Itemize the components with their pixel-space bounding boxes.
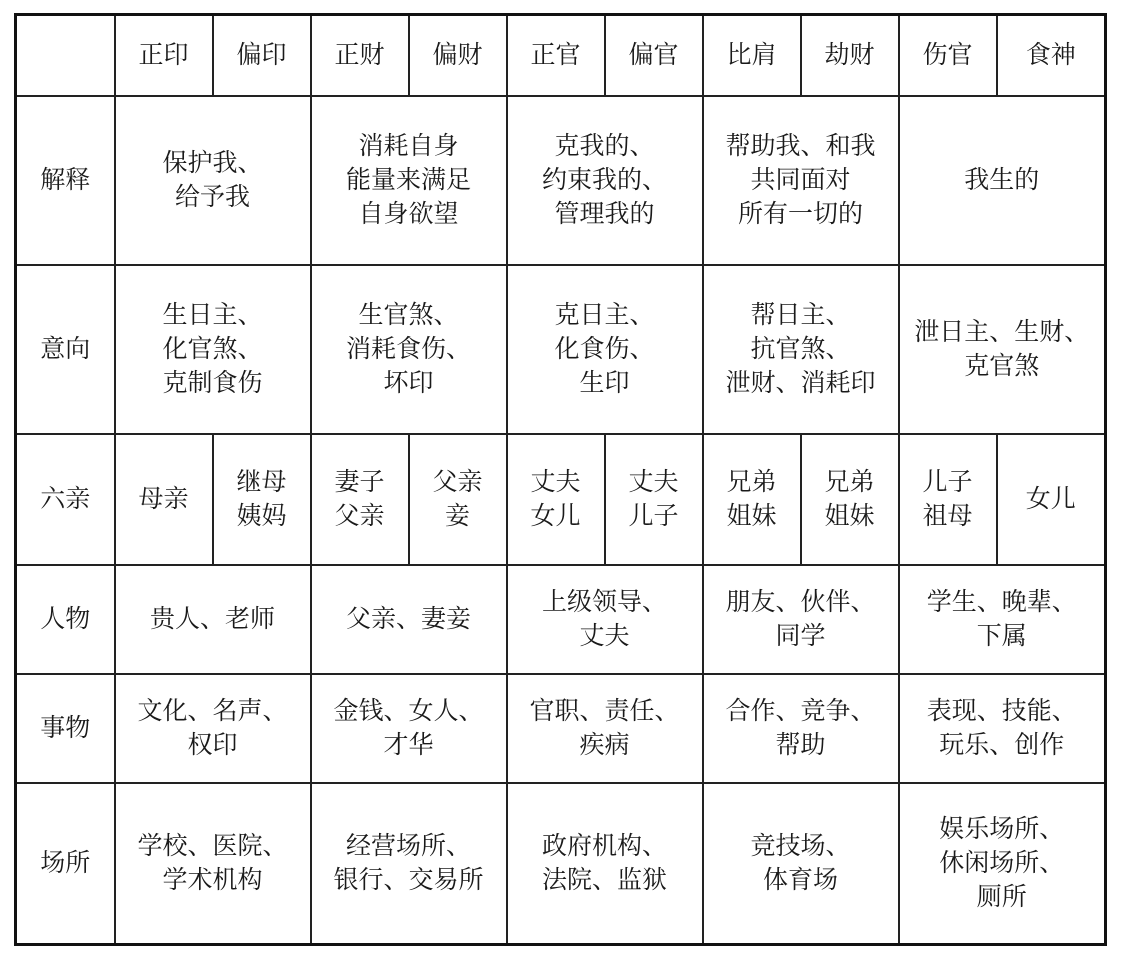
cell-guan: 官职、责任、疾病 [507,674,703,783]
cell-guan: 上级领导、丈夫 [507,565,703,674]
cell-text: 兄弟 [802,465,898,499]
cell-guan: 克我的、 约束我的、 管理我的 [507,96,703,265]
cell-text: 文化、名声、 [116,694,310,728]
cell-text: 化官煞、 [116,332,310,366]
header-shangguan: 伤官 [899,15,997,96]
cell-cai: 父亲、妻妾 [311,565,507,674]
cell-pianguan: 丈夫儿子 [605,434,703,565]
ten-gods-table: 正印 偏印 正财 偏财 正官 偏官 比肩 劫财 伤官 食神 解释 保护我、 给予… [14,13,1107,946]
cell-text: 上级领导、 [508,585,702,619]
cell-zhengcai: 妻子父亲 [311,434,409,565]
cell-text: 女儿 [998,482,1105,516]
cell-text: 竞技场、 [704,829,898,863]
cell-text: 化食伤、 [508,332,702,366]
header-zhengcai: 正财 [311,15,409,96]
cell-text: 娱乐场所、 [900,812,1105,846]
row-intention: 意向 生日主、 化官煞、 克制食伤 生官煞、 消耗食伤、 坏印 克日主、 化食伤… [16,265,1106,434]
cell-text: 母亲 [116,482,212,516]
cell-text: 贵人、老师 [116,602,310,636]
cell-shishang: 学生、晚辈、下属 [899,565,1106,674]
cell-piancai: 父亲妾 [409,434,507,565]
cell-text: 休闲场所、 [900,846,1105,880]
cell-yin: 保护我、 给予我 [115,96,311,265]
cell-text: 祖母 [900,499,996,533]
cell-text: 才华 [312,728,506,762]
cell-text: 姐妹 [802,499,898,533]
cell-text: 父亲 [312,499,408,533]
cell-cai: 经营场所、银行、交易所 [311,783,507,945]
row-places: 场所 学校、医院、学术机构 经营场所、银行、交易所 政府机构、法院、监狱 竞技场… [16,783,1106,945]
row-things: 事物 文化、名声、权印 金钱、女人、才华 官职、责任、疾病 合作、竞争、帮助 表… [16,674,1106,783]
header-label: 偏印 [214,38,310,72]
cell-text: 坏印 [312,366,506,400]
cell-yin: 学校、医院、学术机构 [115,783,311,945]
cell-text: 抗官煞、 [704,332,898,366]
row-label: 事物 [16,674,115,783]
cell-shishang: 表现、技能、玩乐、创作 [899,674,1106,783]
cell-text: 姨妈 [214,499,310,533]
cell-guan: 政府机构、法院、监狱 [507,783,703,945]
header-label: 劫财 [802,38,898,72]
cell-yin: 生日主、 化官煞、 克制食伤 [115,265,311,434]
cell-text: 表现、技能、 [900,694,1105,728]
header-label: 食神 [998,38,1105,72]
cell-text: 帮日主、 [704,298,898,332]
cell-text: 姐妹 [704,499,800,533]
cell-text: 女儿 [508,499,604,533]
row-label: 意向 [16,265,115,434]
cell-text: 经营场所、 [312,829,506,863]
row-label-text: 场所 [17,846,114,880]
cell-shishang: 我生的 [899,96,1106,265]
header-label: 正官 [508,38,604,72]
header-shishen: 食神 [997,15,1106,96]
cell-text: 法院、监狱 [508,863,702,897]
cell-text: 自身欲望 [312,197,506,231]
header-label: 正印 [116,38,212,72]
cell-text: 能量来满足 [312,163,506,197]
cell-text: 父亲、妻妾 [312,602,506,636]
cell-text: 克官煞 [900,349,1105,383]
header-zhengyin: 正印 [115,15,213,96]
cell-text: 消耗自身 [312,129,506,163]
row-label-text: 意向 [17,332,114,366]
row-label: 场所 [16,783,115,945]
cell-text: 官职、责任、 [508,694,702,728]
cell-shishang: 泄日主、生财、 克官煞 [899,265,1106,434]
cell-bijian: 兄弟姐妹 [703,434,801,565]
cell-text: 体育场 [704,863,898,897]
cell-text: 同学 [704,619,898,653]
cell-text: 金钱、女人、 [312,694,506,728]
cell-text: 帮助 [704,728,898,762]
cell-text: 儿子 [606,499,702,533]
cell-cai: 金钱、女人、才华 [311,674,507,783]
cell-text: 学术机构 [116,863,310,897]
cell-yin: 文化、名声、权印 [115,674,311,783]
cell-bijie: 帮助我、和我 共同面对 所有一切的 [703,96,899,265]
header-label: 正财 [312,38,408,72]
cell-cai: 生官煞、 消耗食伤、 坏印 [311,265,507,434]
cell-shangguan: 儿子祖母 [899,434,997,565]
cell-bijie: 合作、竞争、帮助 [703,674,899,783]
cell-guan: 克日主、 化食伤、 生印 [507,265,703,434]
cell-text: 政府机构、 [508,829,702,863]
corner-cell [16,15,115,96]
cell-text: 儿子 [900,465,996,499]
row-label: 解释 [16,96,115,265]
cell-text: 朋友、伙伴、 [704,585,898,619]
row-label-text: 六亲 [17,482,114,516]
cell-text: 克制食伤 [116,366,310,400]
cell-text: 帮助我、和我 [704,129,898,163]
header-pianguan: 偏官 [605,15,703,96]
cell-bijie: 帮日主、 抗官煞、 泄财、消耗印 [703,265,899,434]
header-bijian: 比肩 [703,15,801,96]
cell-text: 生日主、 [116,298,310,332]
header-jiecai: 劫财 [801,15,899,96]
cell-text: 合作、竞争、 [704,694,898,728]
cell-text: 厕所 [900,880,1105,914]
cell-text: 丈夫 [606,465,702,499]
cell-text: 银行、交易所 [312,863,506,897]
cell-text: 妻子 [312,465,408,499]
cell-text: 继母 [214,465,310,499]
cell-text: 兄弟 [704,465,800,499]
row-label: 六亲 [16,434,115,565]
row-relatives: 六亲 母亲 继母姨妈 妻子父亲 父亲妾 丈夫女儿 丈夫儿子 兄弟姐妹 兄弟姐妹 … [16,434,1106,565]
row-label: 人物 [16,565,115,674]
cell-text: 丈夫 [508,619,702,653]
cell-text: 约束我的、 [508,163,702,197]
cell-pianyin: 继母姨妈 [213,434,311,565]
row-label-text: 解释 [17,163,114,197]
cell-jiecai: 兄弟姐妹 [801,434,899,565]
cell-text: 学生、晚辈、 [900,585,1105,619]
cell-text: 学校、医院、 [116,829,310,863]
cell-text: 疾病 [508,728,702,762]
header-zhengguan: 正官 [507,15,605,96]
header-label: 比肩 [704,38,800,72]
cell-yin: 贵人、老师 [115,565,311,674]
cell-text: 我生的 [900,163,1105,197]
cell-text: 生印 [508,366,702,400]
cell-text: 克日主、 [508,298,702,332]
row-label-text: 事物 [17,711,114,745]
cell-bijie: 竞技场、体育场 [703,783,899,945]
header-label: 偏财 [410,38,506,72]
cell-text: 共同面对 [704,163,898,197]
cell-text: 权印 [116,728,310,762]
cell-shishen: 女儿 [997,434,1106,565]
cell-text: 泄财、消耗印 [704,366,898,400]
cell-bijie: 朋友、伙伴、同学 [703,565,899,674]
header-pianyin: 偏印 [213,15,311,96]
cell-text: 给予我 [116,180,310,214]
cell-text: 妾 [410,499,506,533]
cell-text: 下属 [900,619,1105,653]
cell-zhengyin: 母亲 [115,434,213,565]
cell-text: 保护我、 [116,146,310,180]
header-piancai: 偏财 [409,15,507,96]
cell-text: 生官煞、 [312,298,506,332]
cell-shishang: 娱乐场所、休闲场所、厕所 [899,783,1106,945]
row-explanation: 解释 保护我、 给予我 消耗自身 能量来满足 自身欲望 克我的、 约束我的、 管… [16,96,1106,265]
cell-zhengguan: 丈夫女儿 [507,434,605,565]
row-persons: 人物 贵人、老师 父亲、妻妾 上级领导、丈夫 朋友、伙伴、同学 学生、晚辈、下属 [16,565,1106,674]
header-label: 伤官 [900,38,996,72]
row-label-text: 人物 [17,602,114,636]
cell-cai: 消耗自身 能量来满足 自身欲望 [311,96,507,265]
cell-text: 父亲 [410,465,506,499]
cell-text: 丈夫 [508,465,604,499]
cell-text: 克我的、 [508,129,702,163]
header-label: 偏官 [606,38,702,72]
header-row: 正印 偏印 正财 偏财 正官 偏官 比肩 劫财 伤官 食神 [16,15,1106,96]
cell-text: 泄日主、生财、 [900,315,1105,349]
cell-text: 玩乐、创作 [900,728,1105,762]
cell-text: 管理我的 [508,197,702,231]
cell-text: 所有一切的 [704,197,898,231]
cell-text: 消耗食伤、 [312,332,506,366]
